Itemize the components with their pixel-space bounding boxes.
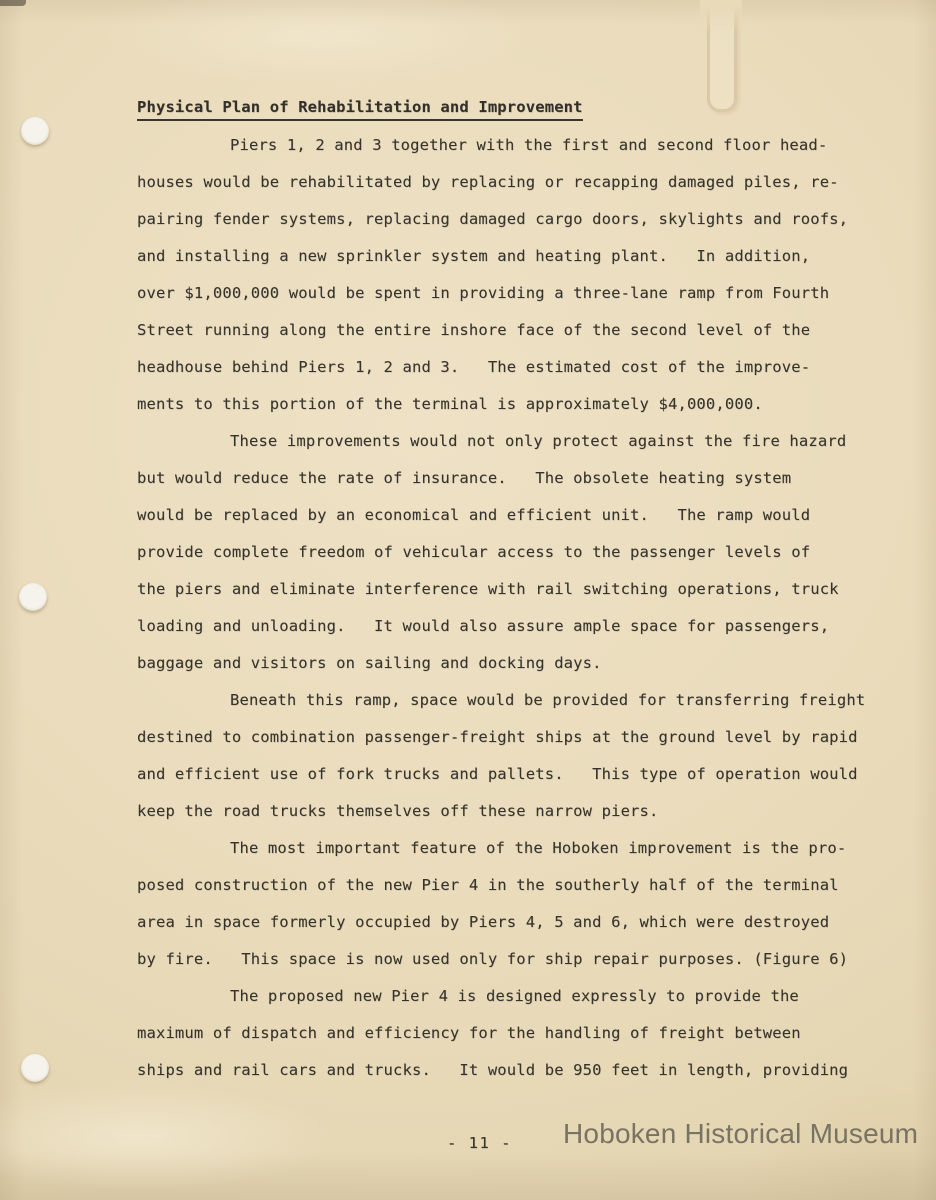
text-line: keep the road trucks themselves off thes… [137,793,897,830]
text-line: The most important feature of the Hoboke… [137,830,897,867]
text-line: The proposed new Pier 4 is designed expr… [137,978,897,1015]
text-line: posed construction of the new Pier 4 in … [137,867,897,904]
text-line: and efficient use of fork trucks and pal… [137,756,897,793]
text-line: Piers 1, 2 and 3 together with the first… [137,127,897,164]
text-line: area in space formerly occupied by Piers… [137,904,897,941]
text-line: over $1,000,000 would be spent in provid… [137,275,897,312]
text-line: would be replaced by an economical and e… [137,497,897,534]
text-line: maximum of dispatch and efficiency for t… [137,1015,897,1052]
text-line: houses would be rehabilitated by replaci… [137,164,897,201]
text-line: Street running along the entire inshore … [137,312,897,349]
text-line: but would reduce the rate of insurance. … [137,460,897,497]
text-line: provide complete freedom of vehicular ac… [137,534,897,571]
text-line: the piers and eliminate interference wit… [137,571,897,608]
section-heading: Physical Plan of Rehabilitation and Impr… [137,98,583,121]
text-line: headhouse behind Piers 1, 2 and 3. The e… [137,349,897,386]
text-line: by fire. This space is now used only for… [137,941,897,978]
document-body: Piers 1, 2 and 3 together with the first… [137,127,897,1089]
page-number: - 11 - [447,1134,512,1152]
scan-corner-artifact [0,0,26,6]
hole-punch [19,583,47,611]
text-line: ships and rail cars and trucks. It would… [137,1052,897,1089]
text-line: baggage and visitors on sailing and dock… [137,645,897,682]
text-line: pairing fender systems, replacing damage… [137,201,897,238]
text-line: loading and unloading. It would also ass… [137,608,897,645]
text-line: These improvements would not only protec… [137,423,897,460]
text-line: destined to combination passenger-freigh… [137,719,897,756]
hole-punch [21,1054,49,1082]
paperclip-crease-fade [700,0,742,34]
text-line: and installing a new sprinkler system an… [137,238,897,275]
text-line: ments to this portion of the terminal is… [137,386,897,423]
museum-watermark: Hoboken Historical Museum [563,1118,918,1150]
hole-punch [21,117,49,145]
text-line: Beneath this ramp, space would be provid… [137,682,897,719]
scanned-page: Physical Plan of Rehabilitation and Impr… [0,0,936,1200]
